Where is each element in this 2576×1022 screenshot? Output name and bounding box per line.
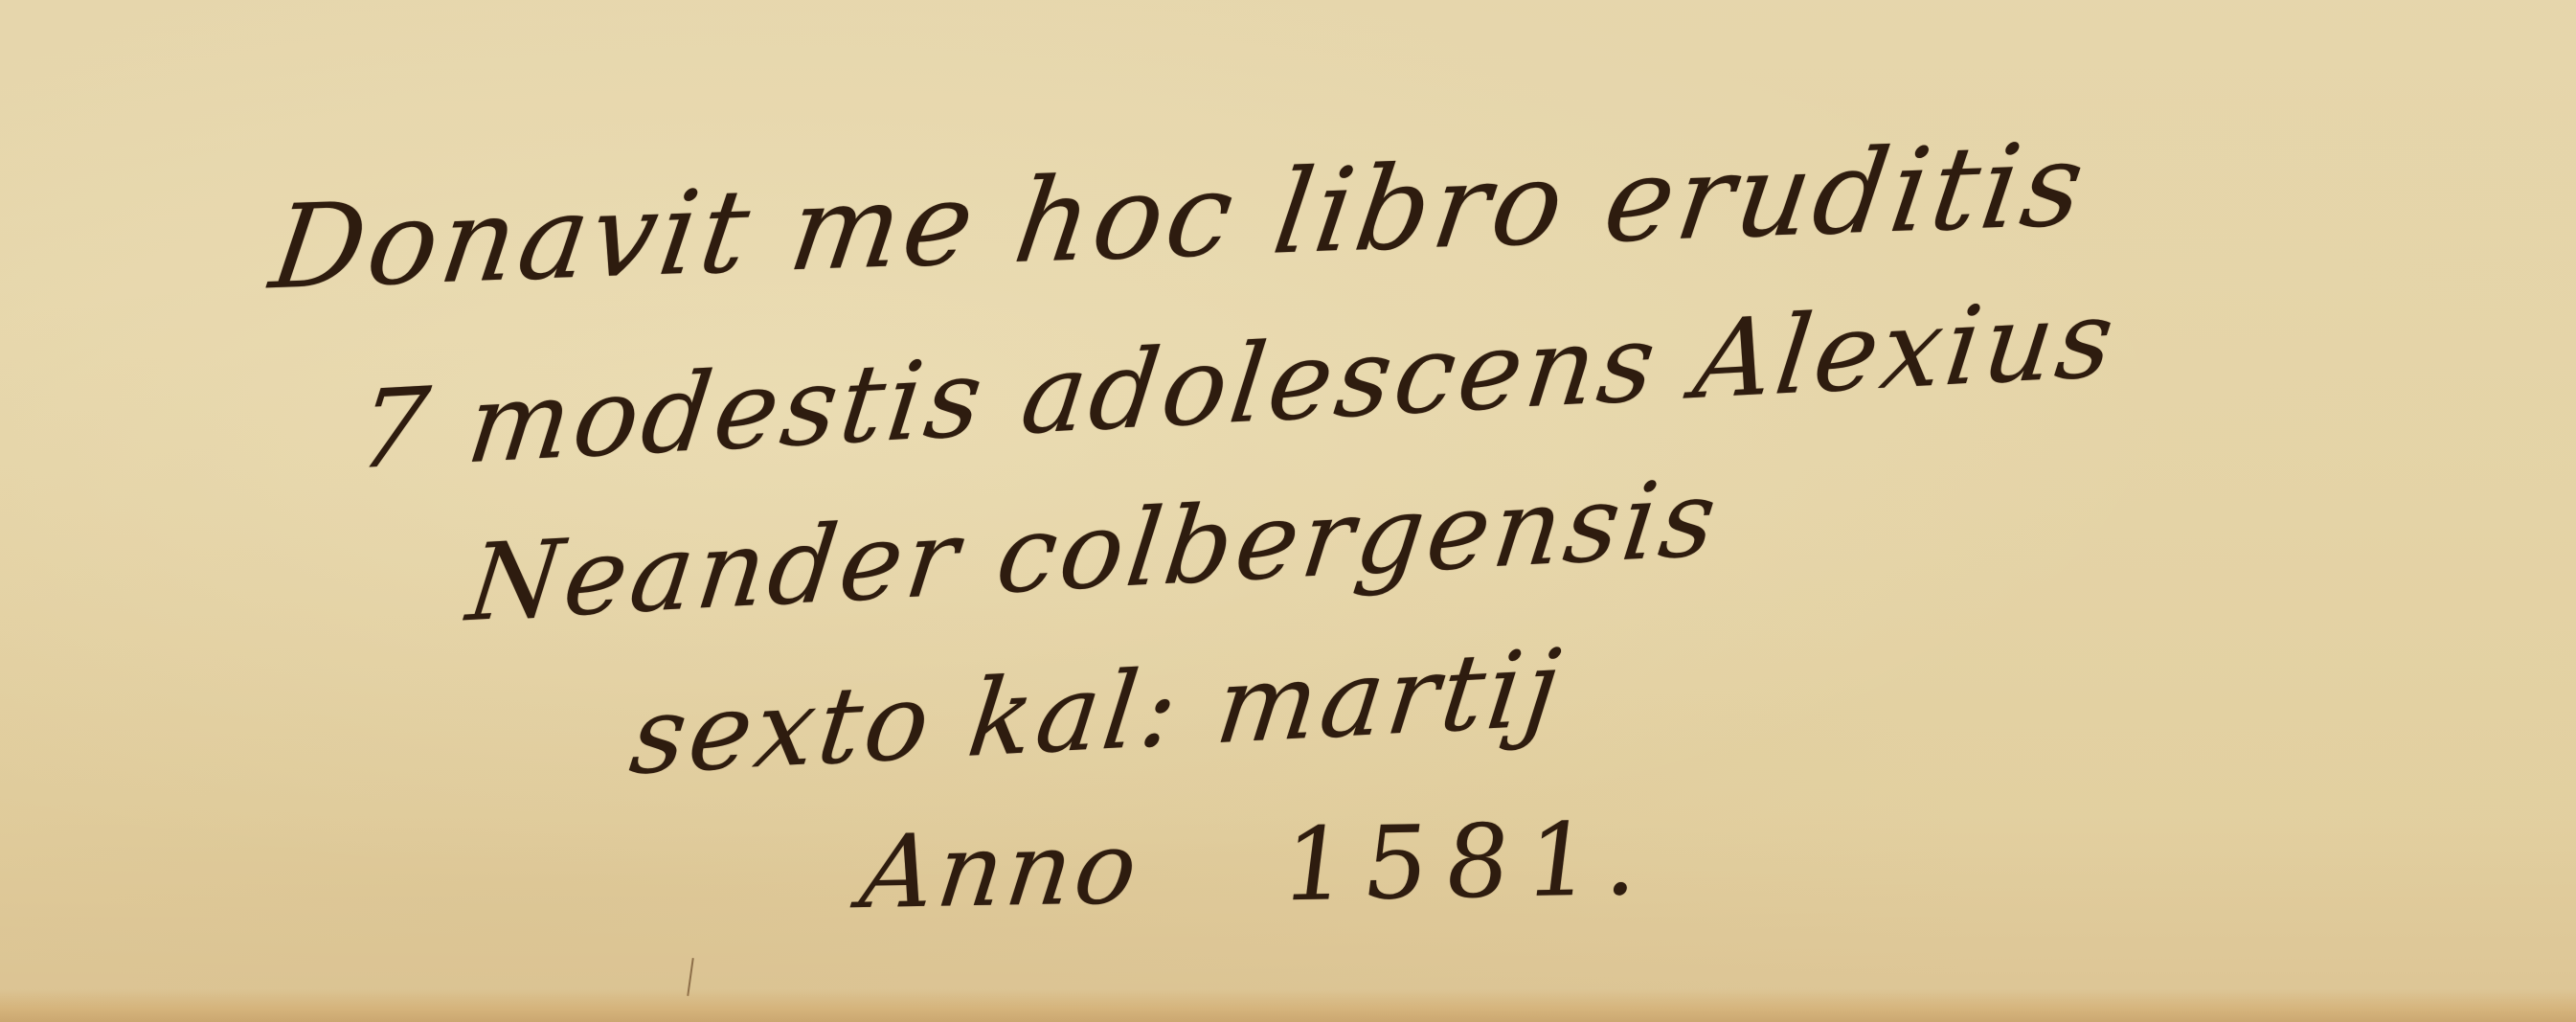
handwritten-inscription: Donavit me hoc libro eruditis 7 modestis…	[0, 0, 2576, 1022]
inscription-line-5: Anno 1581.	[854, 800, 1663, 931]
inscription-line-3: Neander colbergensis	[462, 456, 1726, 645]
inscription-line-2: 7 modestis adolescens Alexius	[351, 276, 2124, 493]
inscription-line-4: sexto kal: martij	[624, 626, 1570, 799]
year-value: 1581.	[1276, 800, 1664, 923]
inscription-line-1: Donavit me hoc libro eruditis	[263, 119, 2095, 316]
anno-word: Anno	[854, 809, 1146, 931]
paper-bottom-stain	[0, 989, 2576, 1022]
